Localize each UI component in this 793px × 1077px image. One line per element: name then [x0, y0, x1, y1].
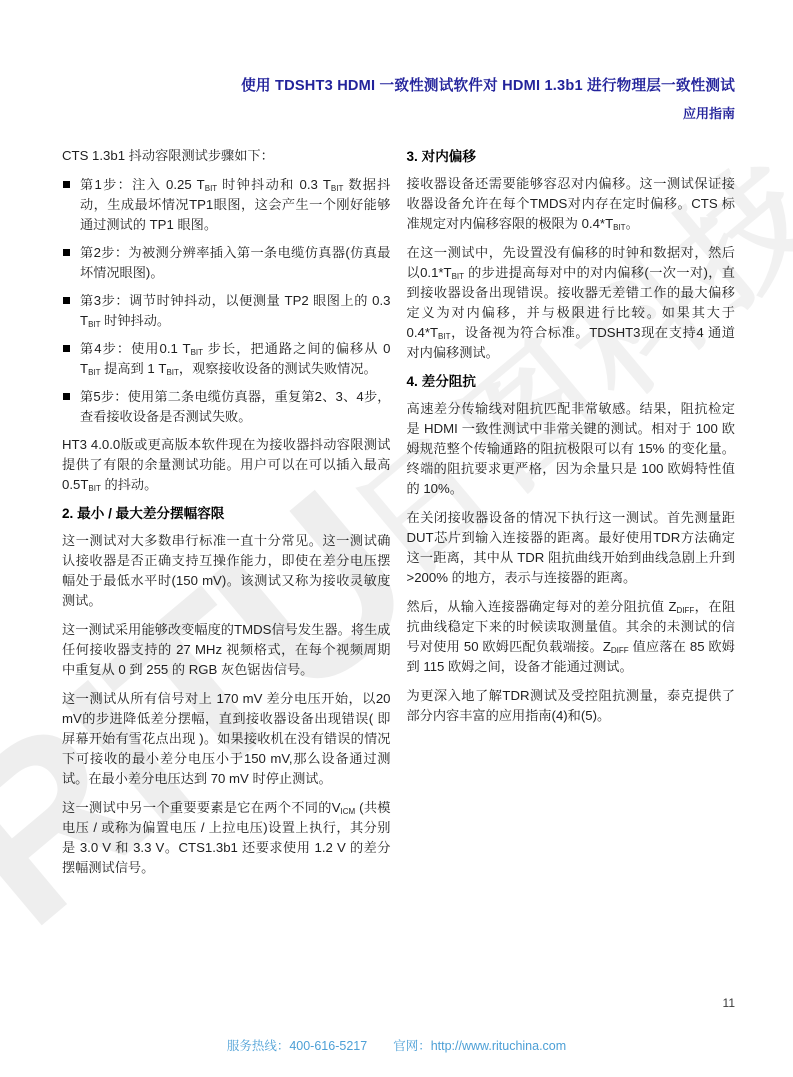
paragraph: 在这一测试中，先设置没有偏移的时钟和数据对，然后以0.1*TBIT 的步进提高每… [407, 243, 736, 363]
paragraph: 高速差分传输线对阻抗匹配非常敏感。结果，阻抗检定是 HDMI 一致性测试中非常关… [407, 399, 736, 499]
paragraph: 接收器设备还需要能够容忍对内偏移。这一测试保证接收器设备允许在每个TMDS对内存… [407, 174, 736, 234]
website-label: 官网： [393, 1039, 431, 1053]
paragraph: HT3 4.0.0版或更高版本软件现在为接收器抖动容限测试提供了有限的余量测试功… [62, 435, 391, 495]
bullet-item: 第5步：使用第二条电缆仿真器，重复第2、3、4步，查看接收设备是否测试失败。 [62, 387, 391, 427]
bullet-square-icon [63, 297, 70, 304]
bullet-square-icon [63, 249, 70, 256]
bullet-item: 第3步：调节时钟抖动，以便测量 TP2 眼图上的 0.3 TBIT 时钟抖动。 [62, 291, 391, 331]
bullet-item: 第2步：为被测分辨率插入第一条电缆仿真器(仿真最坏情况眼图)。 [62, 243, 391, 283]
paragraph: 为更深入地了解TDR测试及受控阻抗测量，泰克提供了部分内容丰富的应用指南(4)和… [407, 686, 736, 726]
section-heading: 4. 差分阻抗 [407, 372, 736, 392]
paragraph: 这一测试对大多数串行标准一直十分常见。这一测试确认接收器是否正确支持互操作能力，… [62, 531, 391, 611]
paragraph: CTS 1.3b1 抖动容限测试步骤如下： [62, 146, 391, 166]
website-link[interactable]: http://www.rituchina.com [431, 1039, 566, 1053]
right-column: 3. 对内偏移接收器设备还需要能够容忍对内偏移。这一测试保证接收器设备允许在每个… [407, 146, 736, 887]
section-heading: 3. 对内偏移 [407, 147, 736, 167]
section-heading: 2. 最小 / 最大差分摆幅容限 [62, 504, 391, 524]
paragraph: 然后，从输入连接器确定每对的差分阻抗值 ZDIFF，在阻抗曲线稳定下来的时候读取… [407, 597, 736, 677]
bullet-text: 第5步：使用第二条电缆仿真器，重复第2、3、4步，查看接收设备是否测试失败。 [80, 387, 391, 427]
bullet-square-icon [63, 345, 70, 352]
bullet-text: 第1步：注入 0.25 TBIT 时钟抖动和 0.3 TBIT 数据抖动，生成最… [80, 175, 391, 235]
page-number: 11 [723, 996, 735, 1010]
bullet-item: 第1步：注入 0.25 TBIT 时钟抖动和 0.3 TBIT 数据抖动，生成最… [62, 175, 391, 235]
left-column: CTS 1.3b1 抖动容限测试步骤如下：第1步：注入 0.25 TBIT 时钟… [62, 146, 391, 887]
document-title: 使用 TDSHT3 HDMI 一致性测试软件对 HDMI 1.3b1 进行物理层… [62, 74, 735, 95]
content-columns: CTS 1.3b1 抖动容限测试步骤如下：第1步：注入 0.25 TBIT 时钟… [62, 146, 735, 887]
document-page: RITU日图科技 使用 TDSHT3 HDMI 一致性测试软件对 HDMI 1.… [0, 0, 793, 1077]
bullet-text: 第3步：调节时钟抖动，以便测量 TP2 眼图上的 0.3 TBIT 时钟抖动。 [80, 291, 391, 331]
paragraph: 这一测试采用能够改变幅度的TMDS信号发生器。将生成任何接收器支持的 27 MH… [62, 620, 391, 680]
paragraph: 在关闭接收器设备的情况下执行这一测试。首先测量距DUT芯片到输入连接器的距离。最… [407, 508, 736, 588]
paragraph: 这一测试从所有信号对上 170 mV 差分电压开始，以20 mV的步进降低差分摆… [62, 689, 391, 789]
hotline-label: 服务热线： [227, 1039, 290, 1053]
paragraph: 这一测试中另一个重要要素是它在两个不同的VICM (共模电压 / 或称为偏置电压… [62, 798, 391, 878]
bullet-text: 第2步：为被测分辨率插入第一条电缆仿真器(仿真最坏情况眼图)。 [80, 243, 391, 283]
document-header: 使用 TDSHT3 HDMI 一致性测试软件对 HDMI 1.3b1 进行物理层… [62, 74, 735, 122]
bullet-text: 第4步：使用0.1 TBIT 步长，把通路之间的偏移从 0 TBIT 提高到 1… [80, 339, 391, 379]
bullet-square-icon [63, 393, 70, 400]
hotline-number: 400-616-5217 [289, 1039, 367, 1053]
bullet-item: 第4步：使用0.1 TBIT 步长，把通路之间的偏移从 0 TBIT 提高到 1… [62, 339, 391, 379]
document-footer: 服务热线：400-616-5217官网：http://www.rituchina… [0, 1036, 793, 1054]
bullet-square-icon [63, 181, 70, 188]
document-subtitle: 应用指南 [62, 103, 735, 122]
